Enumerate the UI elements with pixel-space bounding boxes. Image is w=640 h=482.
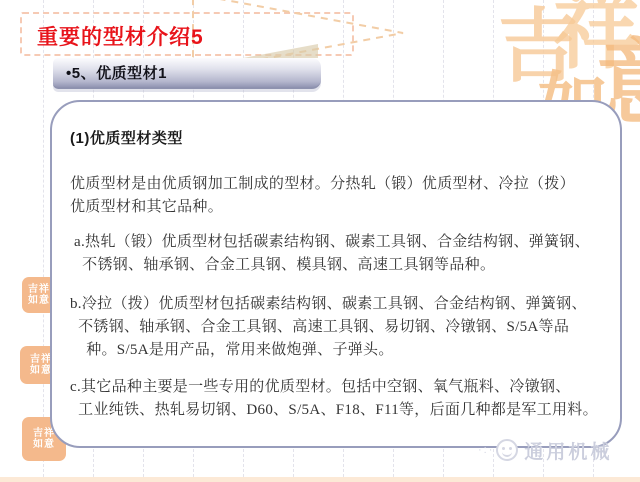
content-heading: (1)优质型材类型 (70, 127, 183, 148)
text-line: 优质型材是由优质钢加工制成的型材。分热轧（锻）优质型材、冷拉（拨） (70, 173, 575, 196)
text-line: 优质型材和其它品种。 (70, 196, 575, 219)
seal-stamp-text: 吉祥如意 (26, 284, 52, 306)
smiley-logo-icon (496, 439, 518, 461)
text-line: 工业纯铁、热轧易切钢、D60、S/5A、F18、F11等，后面几种都是军工用料。 (70, 399, 598, 422)
text-line: 不锈钢、轴承钢、合金工具钢、高速工具钢、易切钢、冷镦钢、S/5A等品 (70, 316, 587, 339)
bottom-edge-strip (0, 477, 640, 482)
text-line: b.冷拉（拨）优质型材包括碳素结构钢、碳素工具钢、合金结构钢、弹簧钢、 (70, 293, 587, 316)
paragraph-a: a.热轧（锻）优质型材包括碳素结构钢、碳素工具钢、合金结构钢、弹簧钢、 不锈钢、… (70, 231, 590, 277)
sparkle-decoration: ·:· (478, 444, 494, 456)
section-header-bar: •5、优质型材1 (53, 58, 321, 89)
section-header-label: •5、优质型材1 (53, 62, 167, 83)
text-line: 种。S/5A是用产品，常用来做炮弹、子弹头。 (70, 339, 587, 362)
paragraph-c: c.其它品种主要是一些专用的优质型材。包括中空钢、氧气瓶料、冷镦钢、 工业纯铁、… (70, 376, 598, 422)
paragraph-intro: 优质型材是由优质钢加工制成的型材。分热轧（锻）优质型材、冷拉（拨） 优质型材和其… (70, 173, 575, 219)
page-title: 重要的型材介绍5 (37, 21, 204, 51)
text-line: a.热轧（锻）优质型材包括碳素结构钢、碳素工具钢、合金结构钢、弹簧钢、 (70, 231, 590, 254)
text-line: 不锈钢、轴承钢、合金工具钢、模具钢、高速工具钢等品种。 (70, 254, 590, 277)
footer-logo-text: 通用机械 (524, 437, 612, 464)
footer-logo: ·:· 通用机械 (478, 437, 612, 463)
text-line: c.其它品种主要是一些专用的优质型材。包括中空钢、氧气瓶料、冷镦钢、 (70, 376, 598, 399)
paragraph-b: b.冷拉（拨）优质型材包括碳素结构钢、碳素工具钢、合金结构钢、弹簧钢、 不锈钢、… (70, 293, 587, 362)
content-panel: (1)优质型材类型 优质型材是由优质钢加工制成的型材。分热轧（锻）优质型材、冷拉… (50, 100, 622, 448)
